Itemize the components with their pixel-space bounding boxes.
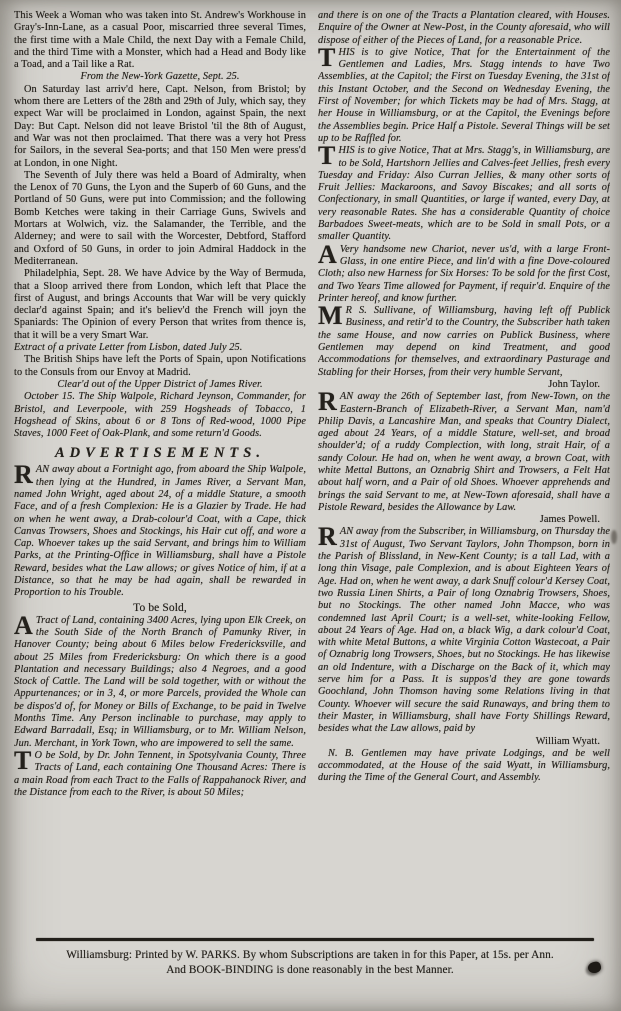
ad-paragraph-land-tennent-continued: and there is on one of the Tracts a Plan…: [318, 10, 610, 47]
signature-william-wyatt: William Wyatt.: [318, 736, 610, 748]
shipping-news-paragraph: October 15. The Ship Walpole, Richard Je…: [14, 391, 306, 440]
to-be-sold-heading: To be Sold,: [14, 601, 306, 615]
footer-divider-rule: [36, 938, 594, 941]
imprint-line-2: And BOOK-BINDING is done reasonably in t…: [24, 963, 596, 978]
news-paragraph: The British Ships have left the Ports of…: [14, 354, 306, 379]
ad-paragraph-sullivane-house: MR S. Sullivane, of Williamsburg, having…: [318, 305, 610, 379]
dateline-heading: From the New-York Gazette, Sept. 25.: [14, 71, 306, 83]
signature-john-taylor: John Taylor.: [318, 379, 610, 391]
right-column: and there is on one of the Tracts a Plan…: [318, 10, 610, 938]
ad-paragraph-land-tennent: TO be Sold, by Dr. John Tennent, in Spot…: [14, 750, 306, 799]
ad-paragraph-assemblies-notice: THIS is to give Notice, That for the Ent…: [318, 47, 610, 145]
left-column: This Week a Woman who was taken into St.…: [14, 10, 306, 938]
newspaper-page: This Week a Woman who was taken into St.…: [0, 0, 621, 1011]
text-columns: This Week a Woman who was taken into St.…: [14, 10, 610, 938]
signature-james-powell: James Powell.: [318, 514, 610, 526]
nb-lodgings-paragraph: N. B. Gentlemen may have private Lodging…: [318, 748, 610, 785]
ad-paragraph-jellies-notice: THIS is to give Notice, That at Mrs. Sta…: [318, 145, 610, 243]
edge-smudge-mark: [611, 530, 617, 544]
advertisements-heading: ADVERTISEMENTS.: [14, 445, 306, 461]
ad-paragraph-runaway-davis: RAN away the 26th of September last, fro…: [318, 391, 610, 514]
news-paragraph: This Week a Woman who was taken into St.…: [14, 10, 306, 71]
letter-extract-heading: Extract of a private Letter from Lisbon,…: [14, 342, 306, 354]
news-paragraph: On Saturday last arriv'd here, Capt. Nel…: [14, 84, 306, 170]
shipping-news-heading: Clear'd out of the Upper District of Jam…: [14, 379, 306, 391]
news-paragraph: The Seventh of July there was held a Boa…: [14, 170, 306, 268]
ad-paragraph-runaway-taylors: RAN away from the Subscriber, in William…: [318, 526, 610, 735]
ad-paragraph-land-pamunky: A Tract of Land, containing 3400 Acres, …: [14, 615, 306, 750]
printer-imprint: Williamsburg: Printed by W. PARKS. By wh…: [24, 948, 596, 977]
ad-paragraph-runaway-wright: RAN away about a Fortnight ago, from abo…: [14, 464, 306, 599]
ad-paragraph-chariot-sale: A Very handsome new Chariot, never us'd,…: [318, 244, 610, 305]
news-paragraph: Philadelphia, Sept. 28. We have Advice b…: [14, 268, 306, 342]
imprint-line-1: Williamsburg: Printed by W. PARKS. By wh…: [24, 948, 596, 963]
